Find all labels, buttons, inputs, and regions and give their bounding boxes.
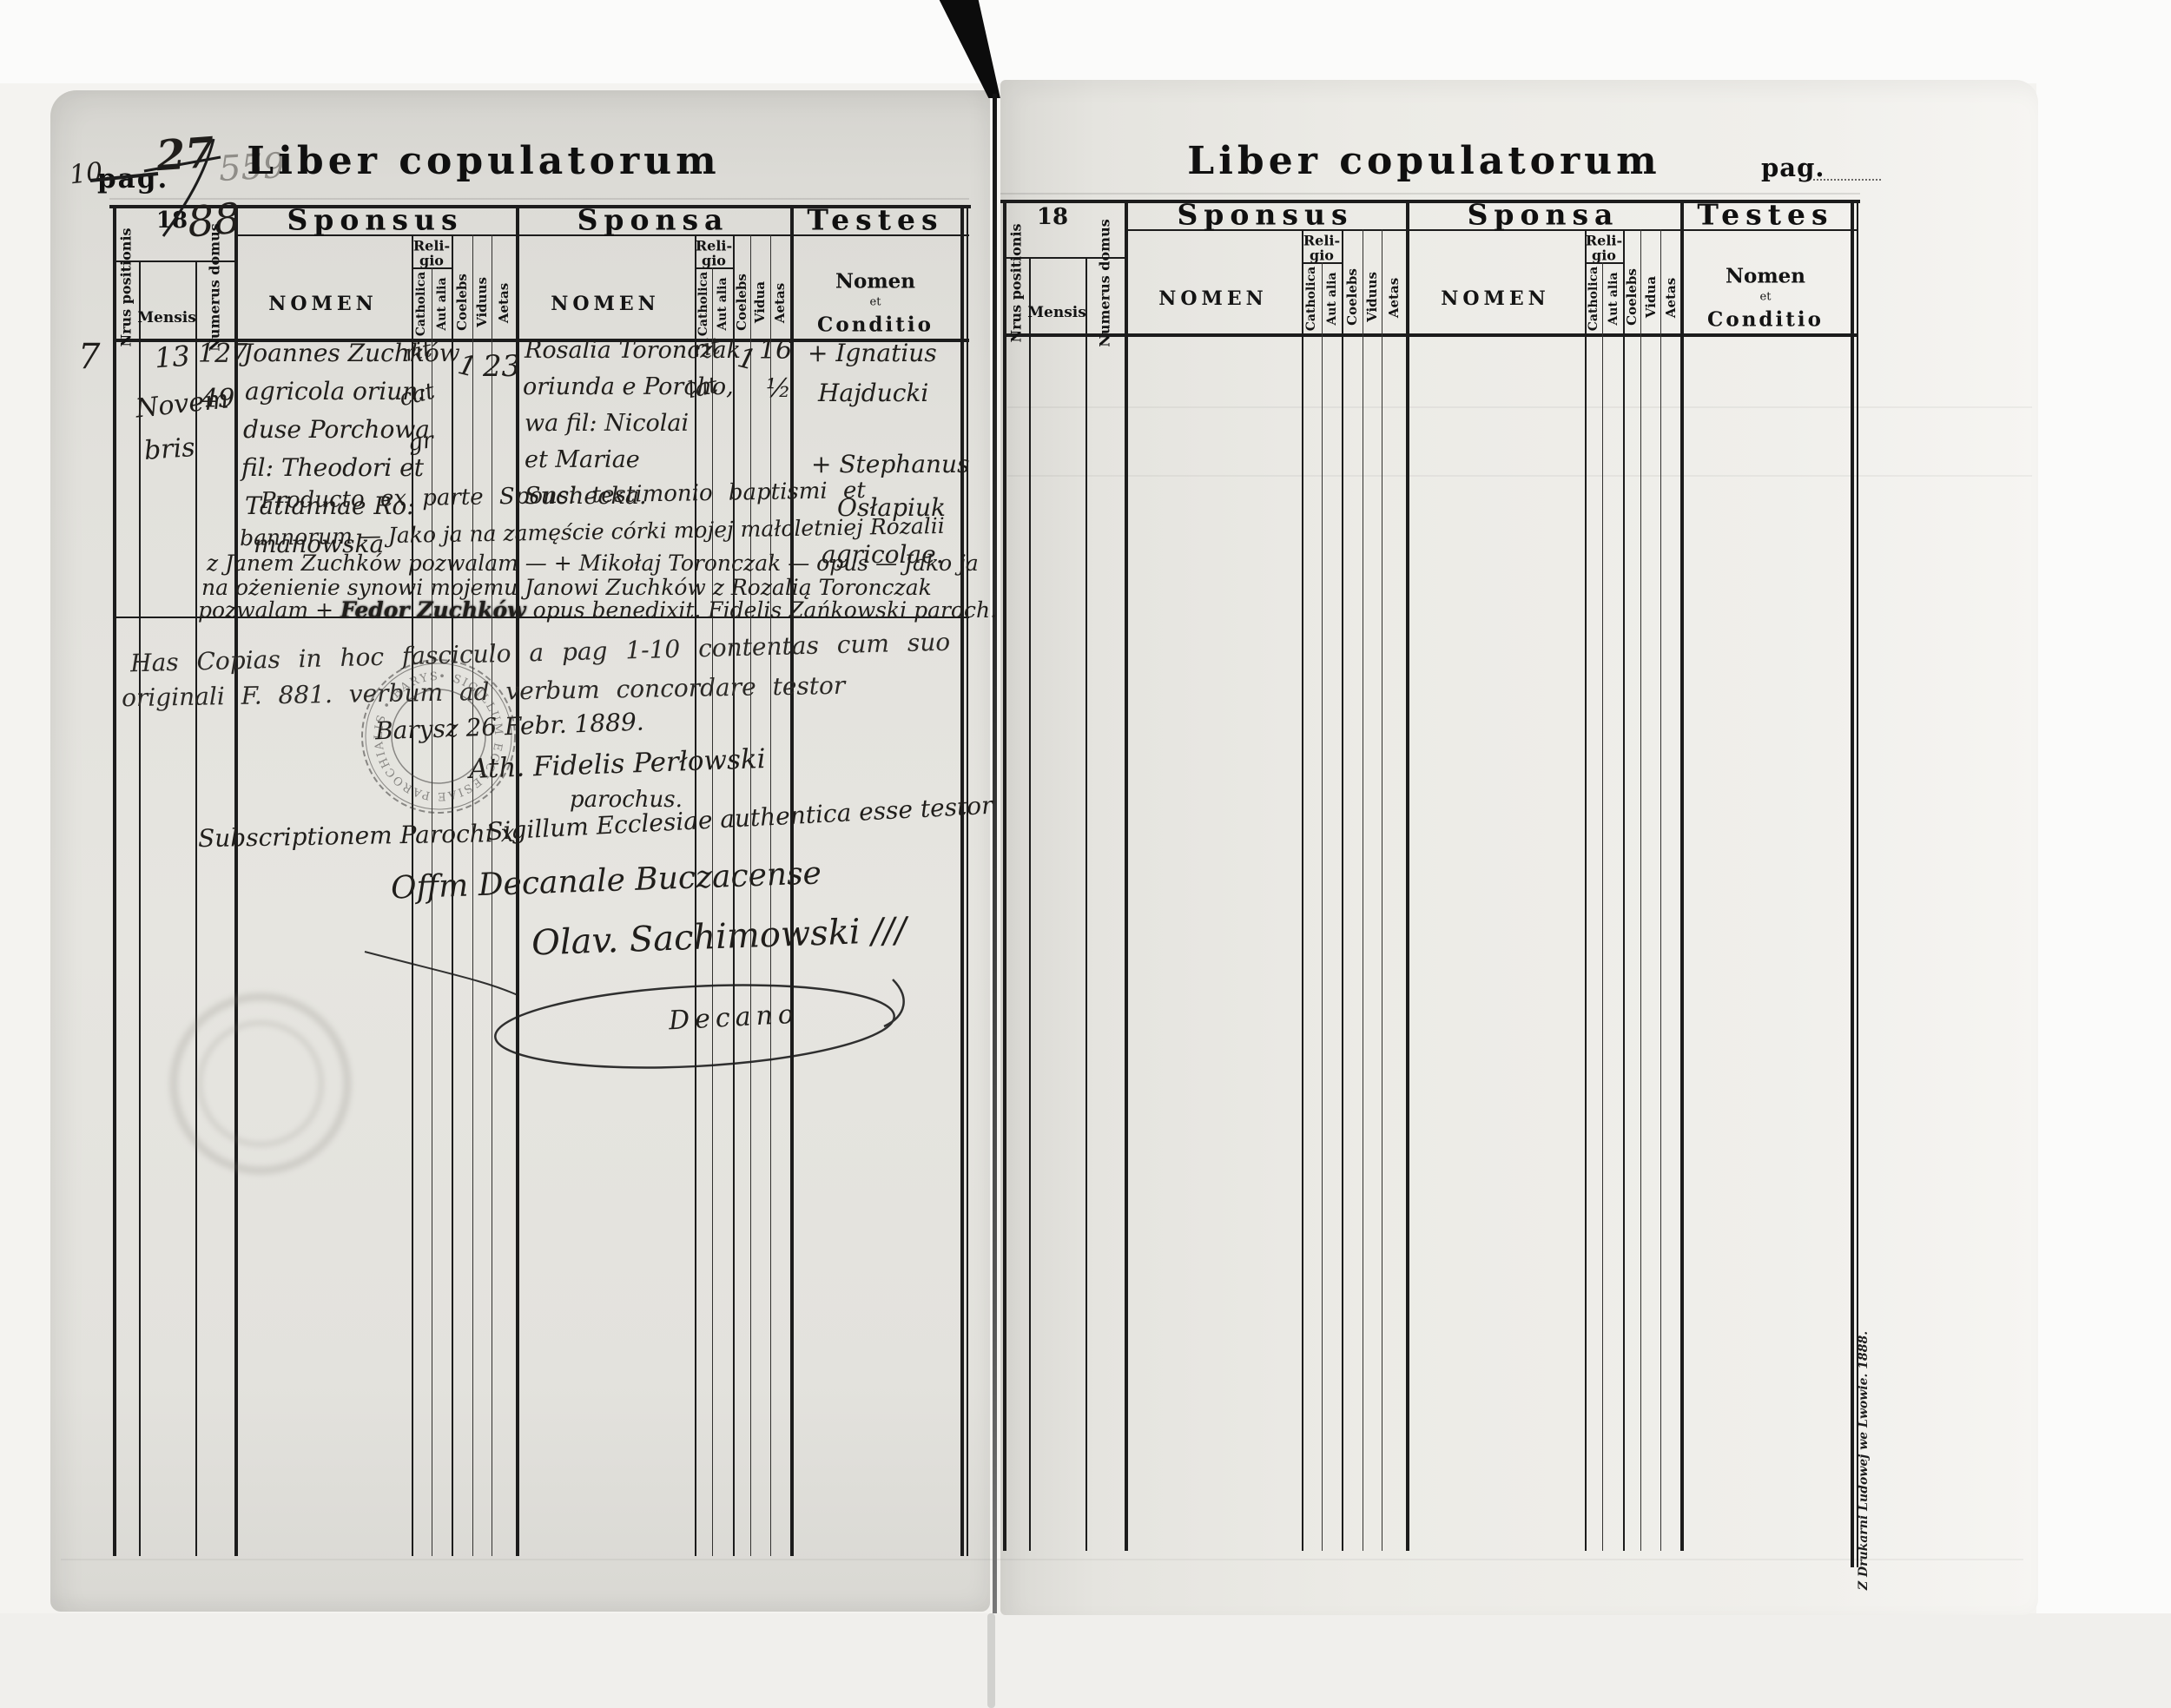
- col-header-nomen-sponsa-right: NOMEN: [1441, 287, 1550, 310]
- col-header-viduus-right: Viduus: [1364, 272, 1380, 322]
- subscription-line: Subscriptionem Parochi x: [198, 819, 515, 853]
- table-rule: [1640, 229, 1641, 1551]
- table-rule: [432, 267, 432, 1556]
- col-header-aetas-sponsus-left: Aetas: [496, 283, 511, 323]
- note-pre: pozwalam +: [198, 597, 340, 623]
- table-rule: [1363, 229, 1363, 1551]
- col-header-autalia-sponsa-left: Aut alia: [716, 277, 729, 330]
- scan-background-bottom: [0, 1613, 2171, 1708]
- entry-mensis-line: bris: [143, 432, 196, 466]
- col-header-religio-sponsus-right-2: gio: [1310, 247, 1334, 264]
- col-header-numerus-right: Numerus domus: [1097, 219, 1113, 346]
- col-header-testes-conditio-right: Conditio: [1707, 308, 1824, 332]
- col-header-aetas-sponsa-right: Aetas: [1663, 278, 1679, 318]
- entry-numerus-line: 127: [198, 339, 247, 369]
- section-header-testes-left: Testes: [807, 203, 943, 237]
- col-header-testes-et-left: et: [870, 296, 881, 309]
- entry-sponsa-nomen-line: et Mariae: [525, 446, 640, 473]
- note-bold: Fedor Zuchków: [340, 597, 526, 623]
- entry-sponsa-religio: rit: [691, 333, 723, 364]
- col-header-vidua-left: Vidua: [752, 281, 768, 323]
- paper-crease: [1007, 406, 2032, 408]
- col-header-autalia-sponsus-right: Aut alia: [1325, 272, 1339, 325]
- col-header-autalia-sponsus-left: Aut alia: [435, 277, 449, 330]
- table-rule: [1623, 229, 1625, 1551]
- entry-sponsa-nomen-line: wa fil: Nicolai: [525, 410, 689, 437]
- section-header-sponsus-right: Sponsus: [1177, 198, 1353, 232]
- table-rule: [1851, 200, 1854, 1567]
- entry-testes-line: + Ignatius: [808, 339, 937, 367]
- col-header-nomen-sponsus-left: NOMEN: [268, 293, 378, 315]
- scan-background-top: [0, 0, 2171, 83]
- production-note-line: na ożenienie synowi mojemu Janowi Zuchkó…: [201, 575, 932, 600]
- paper-crease: [61, 1559, 2023, 1560]
- col-header-nrus-left: Nrus positionis: [118, 228, 135, 346]
- table-rule: [1680, 200, 1684, 1551]
- note-post: opus benedixit. Fidelis Zańkowski paroch…: [526, 597, 997, 623]
- table-rule: [1602, 262, 1603, 1551]
- binding-gutter-shadow: [987, 1613, 995, 1708]
- entry-sponsus-nomen-line: duse Porchowa: [243, 415, 430, 444]
- binding-gutter-line: [993, 94, 997, 1613]
- year-printed-left: 18: [156, 208, 188, 234]
- table-rule: [1003, 200, 1006, 1551]
- col-header-viduus-left: Viduus: [474, 277, 490, 327]
- entry-sponsus-religio: gr: [406, 427, 435, 457]
- table-rule: [195, 260, 197, 1556]
- production-note-line: z Janem Zuchków pozwalam — + Mikołaj Tor…: [207, 551, 979, 576]
- col-header-catholica-sponsa-right: Catholica: [1587, 267, 1600, 331]
- col-header-catholica-sponsus-left: Catholica: [414, 272, 428, 336]
- col-header-testes-nomen-right: Nomen: [1726, 265, 1805, 288]
- col-header-aetas-sponsus-right: Aetas: [1386, 278, 1402, 318]
- col-header-mensis-left: Mensis: [137, 309, 196, 326]
- table-rule: [234, 205, 238, 1556]
- entry-mensis-line: 13: [154, 340, 191, 375]
- table-rule: [1342, 229, 1343, 1551]
- col-header-testes-nomen-left: Nomen: [835, 270, 915, 293]
- section-header-sponsa-right: Sponsa: [1468, 198, 1620, 232]
- table-rule: [960, 205, 964, 1556]
- table-rule: [733, 234, 735, 1556]
- section-header-sponsa-left: Sponsa: [577, 203, 729, 237]
- page-title-left: Liber copulatorum: [247, 139, 720, 183]
- printer-imprint: Z Drukarni Ludowej we Lwowie. 1888.: [1857, 1331, 1871, 1590]
- entry-nrus: 7: [78, 337, 100, 377]
- year-printed-right: 18: [1037, 204, 1068, 230]
- section-header-testes-right: Testes: [1697, 198, 1833, 232]
- table-rule: [139, 260, 141, 1556]
- entry-sponsa-aetas: ½: [766, 373, 791, 404]
- col-header-religio-sponsa-right-2: gio: [1592, 247, 1616, 264]
- col-header-testes-conditio-left: Conditio: [817, 313, 934, 337]
- table-rule: [1322, 262, 1323, 1551]
- table-rule: [1406, 200, 1409, 1551]
- table-rule: [1585, 229, 1587, 1551]
- col-header-coelebs-sponsus-left: Coelebs: [454, 274, 470, 331]
- col-header-religio-sponsa-left-2: gio: [702, 253, 726, 269]
- page-right: [1000, 80, 2038, 1615]
- table-rule: [770, 234, 771, 1556]
- table-rule: [1029, 257, 1031, 1551]
- table-rule: [1085, 257, 1087, 1551]
- col-header-coelebs-sponsus-right: Coelebs: [1344, 268, 1360, 326]
- col-header-coelebs-sponsa-left: Coelebs: [734, 274, 749, 331]
- col-header-catholica-sponsa-left: Catholica: [696, 272, 710, 336]
- table-rule: [1302, 229, 1303, 1551]
- col-header-religio-sponsus-left-2: gio: [419, 253, 444, 269]
- table-rule: [750, 234, 751, 1556]
- scan-background-right: [2036, 0, 2171, 1708]
- entry-sponsus-nomen-line: fil: Theodori et: [241, 453, 424, 482]
- col-header-coelebs-sponsa-right: Coelebs: [1624, 268, 1640, 326]
- table-rule: [967, 205, 968, 1556]
- col-header-mensis-right: Mensis: [1027, 304, 1086, 321]
- page-title-right: Liber copulatorum: [1187, 139, 1660, 183]
- pag-dotted-line: [1813, 160, 1881, 181]
- col-header-aetas-sponsa-left: Aetas: [772, 283, 788, 323]
- col-header-catholica-sponsus-right: Catholica: [1304, 267, 1318, 331]
- table-rule: [1382, 229, 1382, 1551]
- col-header-nrus-right: Nrus positionis: [1008, 223, 1025, 342]
- production-note-line-last: pozwalam + Fedor Zuchków opus benedixit.…: [198, 597, 997, 623]
- entry-testes-line: + Stephanus: [811, 450, 969, 478]
- page-number-struck: 27: [155, 129, 216, 181]
- entry-sponsus-aetas: 23: [483, 349, 520, 384]
- entry-sponsa-aetas: 16: [759, 335, 792, 366]
- entry-testes-line: Hajducki: [818, 379, 928, 407]
- table-rule: [1003, 333, 1858, 337]
- col-header-nomen-sponsa-left: NOMEN: [551, 293, 660, 315]
- entry-sponsus-religio: rit: [402, 336, 434, 367]
- entry-numerus-line: 49: [201, 384, 234, 414]
- paper-crease: [1007, 475, 2032, 477]
- col-header-autalia-sponsa-right: Aut alia: [1607, 272, 1620, 325]
- col-header-testes-et-right: et: [1760, 291, 1772, 304]
- col-header-vidua-right: Vidua: [1643, 276, 1659, 318]
- col-header-numerus-left: Numerus domus: [207, 223, 223, 351]
- scanned-register-spread: { "headers": { "title": "Liber copulator…: [0, 0, 2171, 1708]
- col-header-nomen-sponsus-right: NOMEN: [1158, 287, 1268, 310]
- table-rule: [1000, 193, 1860, 195]
- section-header-sponsus-left: Sponsus: [287, 203, 463, 237]
- table-rule: [1125, 200, 1128, 1551]
- table-rule: [712, 267, 713, 1556]
- table-rule: [113, 205, 116, 1556]
- table-rule: [1660, 229, 1661, 1551]
